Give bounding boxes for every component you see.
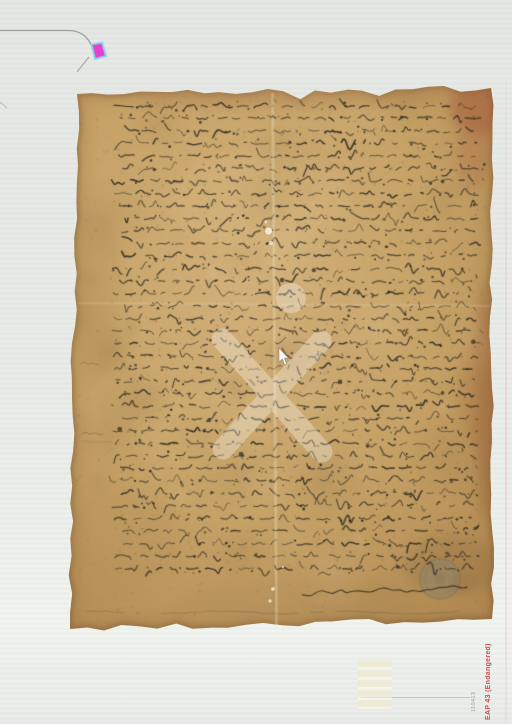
handwriting-ink-layer (0, 0, 512, 724)
scanned-manuscript-view: EAP 43 (Endangered) original 110413 (0, 0, 512, 724)
scanner-edge-artifact (505, 80, 507, 724)
scanner-reference-label: 110413 (470, 654, 479, 712)
sticky-note-ghost (358, 660, 392, 709)
archival-reference-label: EAP 43 (Endangered) original (483, 644, 495, 720)
